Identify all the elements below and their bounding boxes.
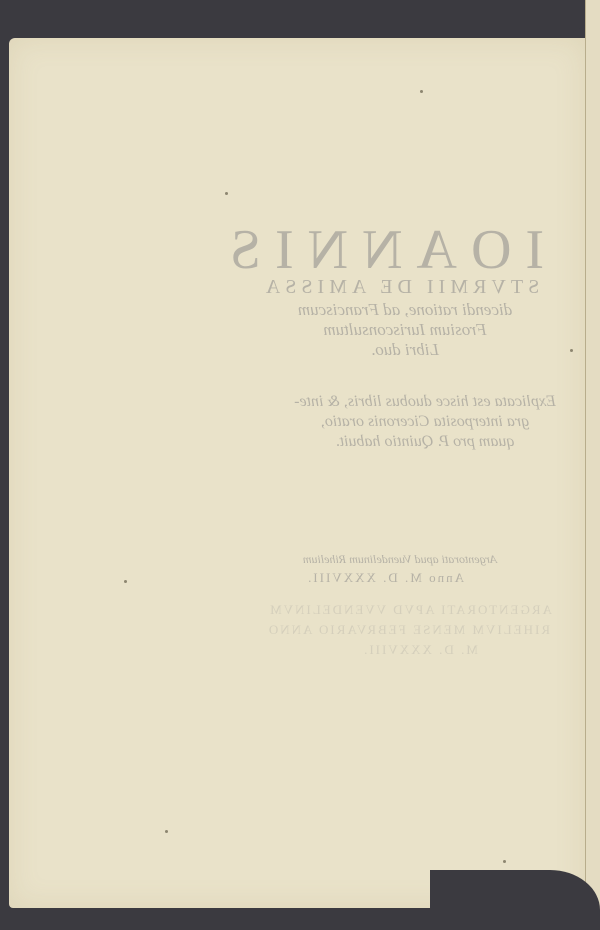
- faint-line-1: ARGENTORATI APVD VVENDELINVM: [260, 602, 560, 618]
- description-line-3: quam pro P. Quintio habuit.: [310, 433, 540, 451]
- description-line-1: Explicata est hisce duobus libris, & int…: [290, 393, 560, 411]
- imprint-line-2: Anno M. D. XXXVIII.: [285, 570, 485, 586]
- title-line-4: Frosium Iurisconsultum: [285, 320, 525, 340]
- background-bottom: [430, 870, 600, 930]
- book-page: [9, 38, 585, 908]
- paper-speck: [124, 580, 127, 583]
- description-line-2: gra interposita Ciceronis oratio,: [300, 413, 550, 431]
- title-ioannis: IOANNIS: [200, 218, 560, 282]
- background-top: [400, 0, 600, 38]
- adjacent-page-edge: [585, 0, 600, 930]
- faint-line-2: RIHELIVM MENSE FEBRVARIO ANNO: [270, 622, 550, 638]
- paper-speck: [420, 90, 423, 93]
- title-line-5: Libri duo.: [335, 340, 475, 360]
- title-author: STVRMII DE AMISSA: [240, 276, 560, 299]
- paper-speck: [165, 830, 168, 833]
- title-line-3: dicendi ratione, ad Franciscum: [255, 300, 555, 320]
- paper-speck: [225, 192, 228, 195]
- paper-speck: [570, 349, 573, 352]
- imprint-line-1: Argentorati apud Vuendelinum Rihelium: [280, 552, 520, 567]
- faint-line-3: M. D. XXXVIII.: [350, 642, 490, 658]
- paper-speck: [503, 860, 506, 863]
